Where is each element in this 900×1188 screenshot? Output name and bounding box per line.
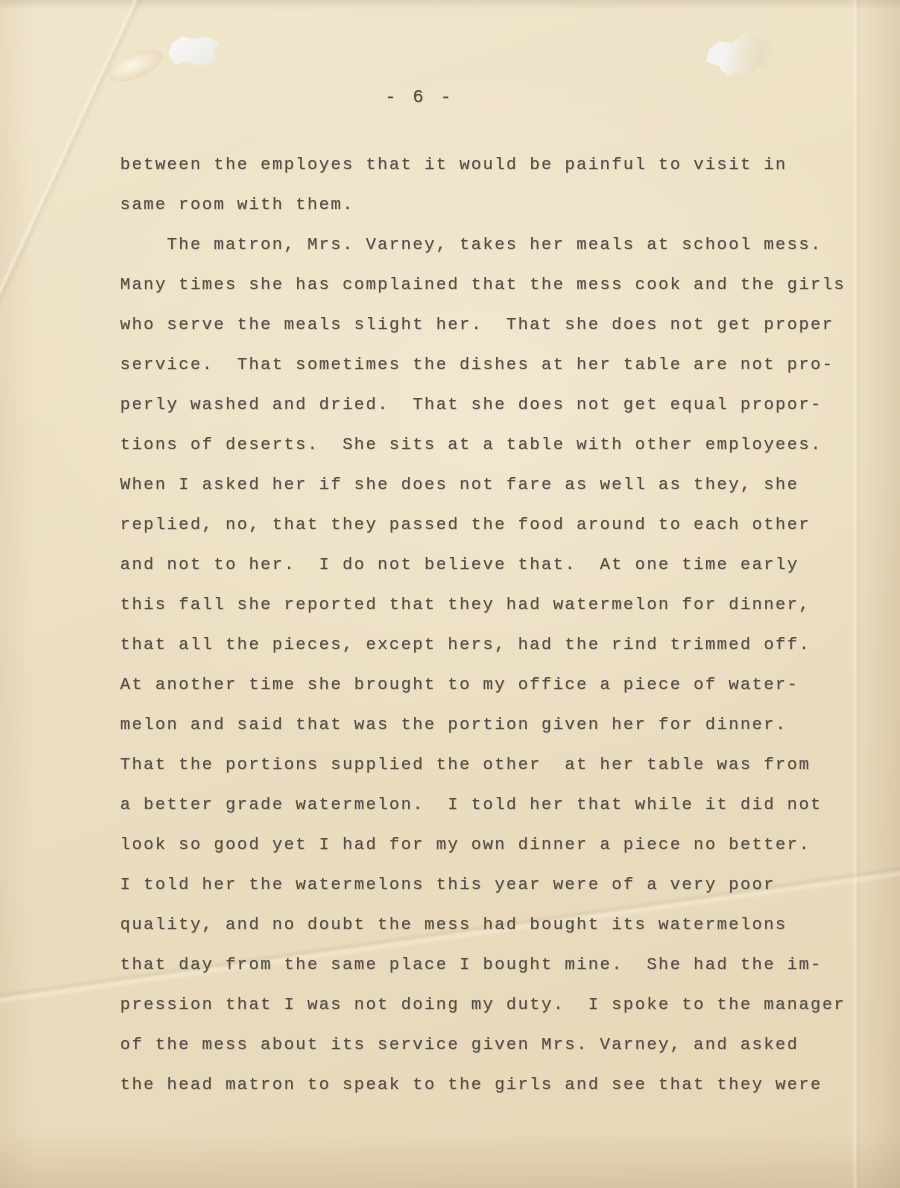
paper-dent [103, 43, 166, 88]
document-body: between the employes that it would be pa… [120, 146, 860, 1106]
text-line: and not to her. I do not believe that. A… [120, 546, 860, 586]
text-line: service. That sometimes the dishes at he… [120, 346, 860, 386]
text-line: this fall she reported that they had wat… [120, 586, 860, 626]
text-line: tions of deserts. She sits at a table wi… [120, 426, 860, 466]
text-line: When I asked her if she does not fare as… [120, 466, 860, 506]
torn-paper-patch-right [706, 33, 776, 79]
text-line: pression that I was not doing my duty. I… [120, 986, 860, 1026]
text-line: a better grade watermelon. I told her th… [120, 786, 860, 826]
torn-paper-patch-left [168, 36, 220, 66]
page-number: - 6 - [385, 88, 454, 108]
text-line: quality, and no doubt the mess had bough… [120, 906, 860, 946]
text-line: perly washed and dried. That she does no… [120, 386, 860, 426]
text-line: Many times she has complained that the m… [120, 266, 860, 306]
text-line: look so good yet I had for my own dinner… [120, 826, 860, 866]
text-line: That the portions supplied the other at … [120, 746, 860, 786]
scanned-document-page: - 6 - between the employes that it would… [0, 0, 900, 1188]
text-line: replied, no, that they passed the food a… [120, 506, 860, 546]
text-line: of the mess about its service given Mrs.… [120, 1026, 860, 1066]
text-line: the head matron to speak to the girls an… [120, 1066, 860, 1106]
text-line: between the employes that it would be pa… [120, 146, 860, 186]
text-line: At another time she brought to my office… [120, 666, 860, 706]
text-line: The matron, Mrs. Varney, takes her meals… [120, 226, 860, 266]
text-line: who serve the meals slight her. That she… [120, 306, 860, 346]
text-line: that day from the same place I bought mi… [120, 946, 860, 986]
text-line: same room with them. [120, 186, 860, 226]
text-line: melon and said that was the portion give… [120, 706, 860, 746]
text-line: I told her the watermelons this year wer… [120, 866, 860, 906]
text-line: that all the pieces, except hers, had th… [120, 626, 860, 666]
